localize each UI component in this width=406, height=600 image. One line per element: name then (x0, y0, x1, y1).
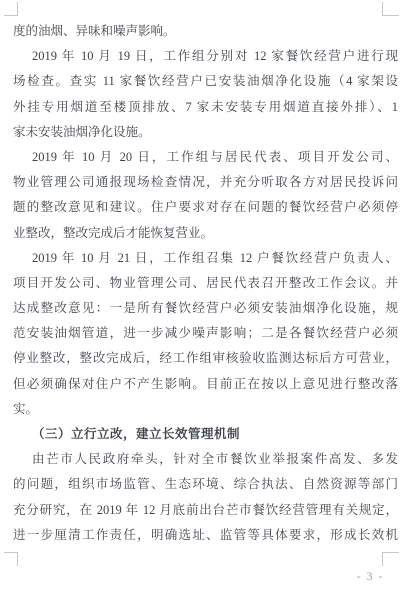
text-line: 家未安装油烟净化设施。 (13, 120, 398, 145)
text-line: 由芒市人民政府牵头，针对全市餐饮业举报案件高发、多发 (13, 447, 398, 472)
document-body: 度的油烟、异味和噪声影响。2019 年 10 月 19 日，工作组分别对 12 … (13, 19, 398, 548)
section-heading-line: （三）立行立改，建立长效管理机制 (13, 422, 398, 447)
text-line: 但必须确保对住户不产生影响。目前正在按以上意见进行整改落 (13, 372, 398, 397)
text-line: 范安装油烟管道，进一步减少噪声影响；二是各餐饮经营户必须 (13, 321, 398, 346)
page-number: - 3 - (357, 569, 385, 584)
text-line: 场检查。查实 11 家餐饮经营户已安装油烟净化设施（4 家架设 (13, 69, 398, 94)
text-line: 停业整改，整改完成后，经工作组审核验收监测达标后方可营业， (13, 346, 398, 371)
text-line: 充分研究，在 2019 年 12 月底前出台芒市餐饮经营管理有关规定， (13, 498, 398, 523)
corner-mark-bottom-left (4, 552, 18, 566)
text-line: 进一步厘清工作责任，明确选址、监管等具体要求，形成长效机 (13, 523, 398, 548)
text-line: 度的油烟、异味和噪声影响。 (13, 19, 398, 44)
text-line: 实。 (13, 397, 398, 422)
text-line: 物业管理公司通报现场检查情况，并充分听取各方对居民投诉问 (13, 170, 398, 195)
text-line: 2019 年 10 月 20 日，工作组与居民代表、项目开发公司、 (13, 145, 398, 170)
text-line: 业整改，整改完成后才能恢复营业。 (13, 221, 398, 246)
text-line: 项目开发公司、物业管理公司、居民代表召开整改工作会议。并 (13, 271, 398, 296)
text-line: 的问题，组织市场监管、生态环境、综合执法、自然资源等部门 (13, 472, 398, 497)
text-line: 2019 年 10 月 19 日，工作组分别对 12 家餐饮经营户进行现 (13, 44, 398, 69)
corner-mark-top-left (4, 2, 18, 16)
text-line: 达成整改意见：一是所有餐饮经营户必须安装油烟净化设施，规 (13, 296, 398, 321)
text-line: 外挂专用烟道至楼顶排放、7 家未安装专用烟道直接外排）、1 (13, 95, 398, 120)
text-line: 题的整改意见和建议。住户要求对存在问题的餐饮经营户必须停 (13, 195, 398, 220)
corner-mark-bottom-right (382, 552, 399, 566)
corner-mark-top-right (382, 2, 399, 16)
text-line: 2019 年 10 月 21 日，工作组召集 12 户餐饮经营户负责人、 (13, 246, 398, 271)
document-page: 度的油烟、异味和噪声影响。2019 年 10 月 19 日，工作组分别对 12 … (0, 0, 406, 600)
